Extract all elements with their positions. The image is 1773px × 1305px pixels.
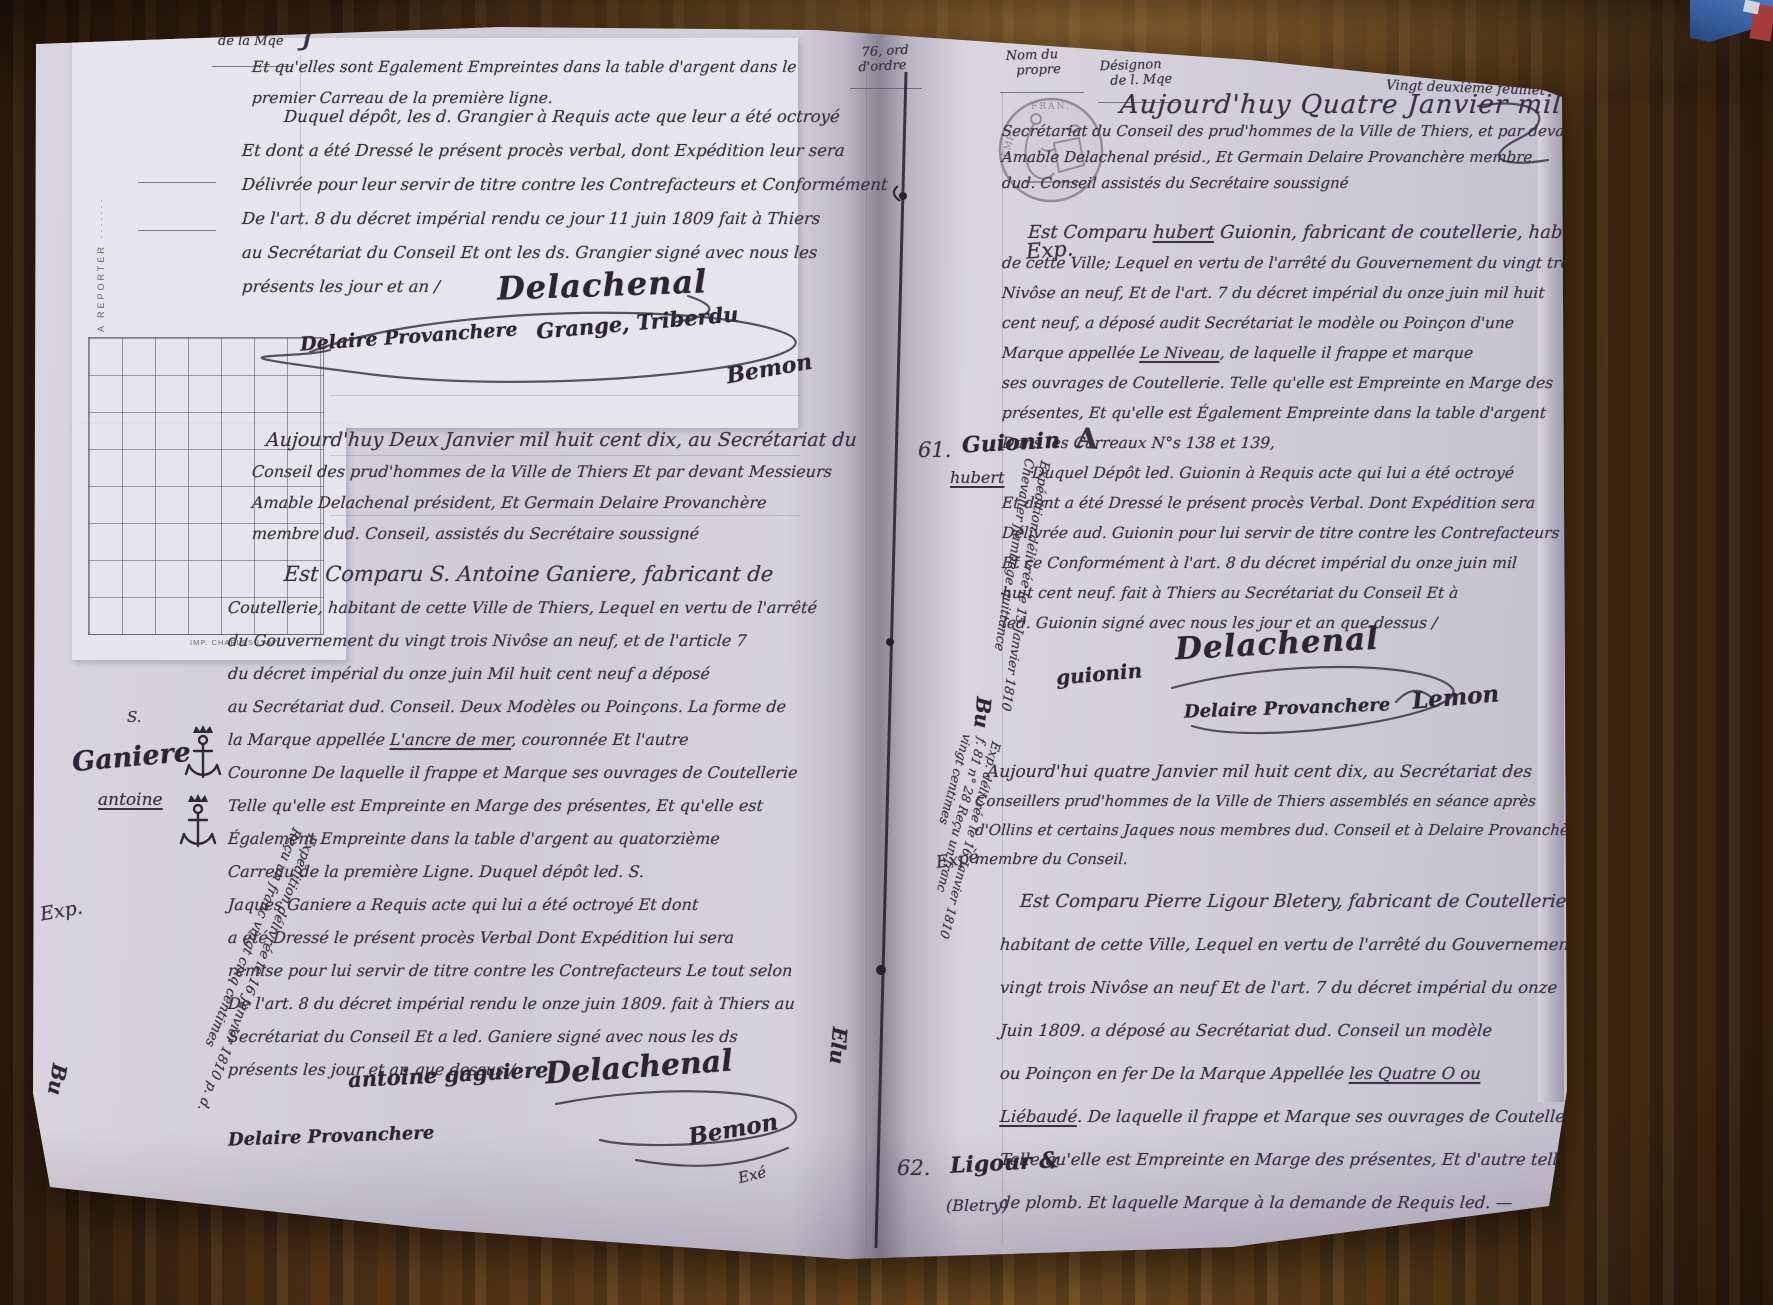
- handwritten-line: du Gouvernement du vingt trois Nivôse an…: [227, 624, 818, 657]
- handwritten-line: vingt trois Nivôse an neuf Et de l'art. …: [998, 966, 1603, 1009]
- handwritten-line: Est Comparu Pierre Ligour Bletery, fabri…: [1018, 880, 1603, 923]
- header-text: d'ordre: [858, 58, 910, 76]
- header-col-nom: Nom du propre: [1005, 47, 1061, 79]
- handwritten-line: Jaques Ganiere a Requis acte qui lui a é…: [227, 888, 818, 921]
- margin-entry-number-61: 61.: [918, 438, 951, 462]
- handwritten-line: a été Dressé le présent procès Verbal Do…: [227, 921, 818, 954]
- header-text: de l. Mqe: [1110, 72, 1172, 89]
- handwritten-line: De l'art. 8 du décret impérial rendu le …: [227, 987, 818, 1020]
- handwritten-line: Carreau de la première Ligne. Duquel dép…: [227, 855, 818, 888]
- form-total-line: [138, 182, 216, 183]
- level-mark-A-icon: A: [1075, 421, 1099, 455]
- handwritten-line: de cette Ville; Lequel en vertu de l'arr…: [1001, 248, 1606, 278]
- header-text: propre: [1016, 62, 1061, 79]
- handwritten-line: Telle qu'elle est Empreinte en Marge des…: [227, 789, 818, 822]
- handwritten-line: Amable Delachenal président, Et Germain …: [251, 487, 858, 518]
- handwritten-line: Et ce Conformément à l'art. 8 du décret …: [1001, 548, 1606, 578]
- paragraph-ganiere-entry: Est Comparu S. Antoine Ganiere, fabrican…: [228, 558, 817, 1086]
- margin-name-guionin: Guionin: [961, 427, 1060, 458]
- margin-firstname-antoine: antoine: [98, 790, 163, 810]
- margin-firstname-bletry: (Bletry): [946, 1196, 1008, 1215]
- diagonal-signature-left: Bu: [43, 1062, 72, 1097]
- register-open-pages: A REPORTER ······· IMP. CHARLES LAMY Dés…: [0, 0, 1773, 1305]
- design-margin-note: Désigon de la Mqe: [218, 18, 284, 50]
- header-col-designation: Désignon de l. Mqe: [1099, 57, 1172, 89]
- handwritten-line: remise pour lui servir de titre contre l…: [227, 954, 818, 987]
- design-note-line: Désigon: [218, 18, 284, 34]
- handwritten-line: au Secrétariat dud. Conseil. Deux Modèle…: [227, 690, 818, 723]
- paragraph-ligour-entry: Est Comparu Pierre Ligour Bletery, fabri…: [1000, 880, 1602, 1224]
- handwritten-line: Délivrée pour leur servir de titre contr…: [241, 168, 889, 202]
- handwritten-line: Et dont a été Dressé le présent procès V…: [1001, 488, 1606, 518]
- handwritten-line: la Marque appellée L'ancre de mer, couro…: [227, 723, 818, 756]
- header-col-ordre: 76, ord d'ordre: [861, 43, 910, 75]
- handwritten-line: ses ouvrages de Coutellerie. Telle qu'el…: [1001, 368, 1606, 398]
- a-reporter-label: A REPORTER ·······: [96, 192, 106, 332]
- signature-lemon: Lemon: [1411, 680, 1500, 714]
- handwritten-line: membre dud. Conseil, assistés du Secréta…: [251, 518, 858, 549]
- design-note-line: de la Mqe: [218, 34, 284, 50]
- ruled-line: [330, 395, 800, 396]
- paragraph-session-4-january-1810: Aujourd'huy Quatre Janvier mil huit cent…: [1002, 92, 1773, 196]
- handwritten-line: Conseillers prud'hommes de la Ville de T…: [974, 787, 1586, 816]
- handwritten-line: de plomb. Et laquelle Marque à la demand…: [998, 1181, 1603, 1224]
- handwritten-line: huit cent neuf. fait à Thiers au Secréta…: [1001, 578, 1606, 608]
- paragraph-session-2-right: Aujourd'hui quatre Janvier mil huit cent…: [975, 758, 1585, 874]
- handwritten-line: au Secrétariat du Conseil Et ont les ds.…: [241, 236, 889, 270]
- handwritten-line: cent neuf, a déposé audit Secrétariat le…: [1001, 308, 1606, 338]
- margin-initial-s: S.: [127, 708, 142, 726]
- handwritten-line: Juin 1809. a déposé au Secrétariat dud. …: [998, 1009, 1603, 1052]
- margin-entry-number-62: 62.: [897, 1156, 930, 1180]
- diagonal-signature-right-2: Elu: [825, 1026, 852, 1065]
- handwritten-line: De l'art. 8 du décret impérial rendu ce …: [241, 202, 889, 236]
- handwritten-line: Et dont a été Dressé le présent procès v…: [241, 134, 889, 168]
- handwritten-line: membre du Conseil.: [974, 845, 1586, 874]
- paragraph-session-2-january-1810: Aujourd'huy Deux Janvier mil huit cent d…: [252, 425, 857, 549]
- handwritten-line: Et qu'elles sont Egalement Empreintes da…: [251, 52, 798, 83]
- margin-firstname-hubert: hubert: [950, 468, 1004, 487]
- handwritten-line: Telle qu'elle est Empreinte en Marge des…: [998, 1138, 1603, 1181]
- margin-name-ganiere: Ganiere: [71, 737, 192, 778]
- signature-delaire-right: Delaire Provanchere: [1184, 694, 1391, 722]
- handwritten-line: Délivrée aud. Guionin pour lui servir de…: [1001, 518, 1606, 548]
- handwritten-line: Aujourd'huy Quatre Janvier mil huit cent…: [1119, 92, 1773, 118]
- handwritten-line: Est Comparu S. Antoine Ganiere, fabrican…: [283, 558, 818, 591]
- handwritten-line: Secrétariat du Conseil des prud'hommes d…: [1001, 118, 1773, 144]
- handwritten-line: Nivôse an neuf, Et de l'art. 7 du décret…: [1001, 278, 1606, 308]
- brace-glyph: }: [296, 8, 321, 54]
- handwritten-line: Amable Delachenal présid., Et Germain De…: [1001, 144, 1773, 170]
- handwritten-line: Marque appellée Le Niveau, de laquelle i…: [1001, 338, 1606, 368]
- diagonal-signature-right-1: Bu: [969, 696, 996, 729]
- handwritten-line: Couronne De laquelle il frappe et Marque…: [227, 756, 818, 789]
- handwritten-line: ou Poinçon en fer De la Marque Appellée …: [998, 1052, 1603, 1095]
- handwritten-line: Est Comparu hubert Guionin, fabricant de…: [1027, 218, 1606, 248]
- register-spread-wrap: A REPORTER ······· IMP. CHARLES LAMY Dés…: [0, 0, 1773, 1305]
- handwritten-line: du décret impérial du onze juin Mil huit…: [227, 657, 818, 690]
- handwritten-line: Duquel Dépôt led. Guionin à Requis acte …: [1031, 458, 1606, 488]
- photograph-of-register: A REPORTER ······· IMP. CHARLES LAMY Dés…: [0, 0, 1773, 1305]
- header-underline: [850, 88, 922, 89]
- exp-label-left: Exp.: [38, 896, 84, 925]
- handwritten-line: d'Ollins et certains Jaques nous membres…: [974, 816, 1586, 845]
- handwritten-line: Duquel dépôt, les d. Grangier à Requis a…: [283, 100, 889, 134]
- handwritten-line: Aujourd'huy Deux Janvier mil huit cent d…: [265, 425, 858, 456]
- signature-delachenal: Delachenal: [496, 262, 707, 307]
- handwritten-line: Coutellerie, habitant de cette Ville de …: [227, 591, 818, 624]
- signature-guionin: guionin: [1055, 658, 1143, 689]
- handwritten-line: Aujourd'hui quatre Janvier mil huit cent…: [986, 758, 1586, 787]
- crowned-anchor-mark-icon: [186, 725, 220, 777]
- form-total-line: [138, 230, 216, 231]
- handwritten-line: habitant de cette Ville, Lequel en vertu…: [998, 923, 1603, 966]
- handwritten-line: Conseil des prud'hommes de la Ville de T…: [251, 456, 858, 487]
- handwritten-line: Liébaudé. De laquelle il frappe et Marqu…: [998, 1095, 1603, 1138]
- handwritten-line: dud. Conseil assistés du Secrétaire sous…: [1001, 170, 1773, 196]
- crowned-anchor-mark-icon: [181, 794, 215, 846]
